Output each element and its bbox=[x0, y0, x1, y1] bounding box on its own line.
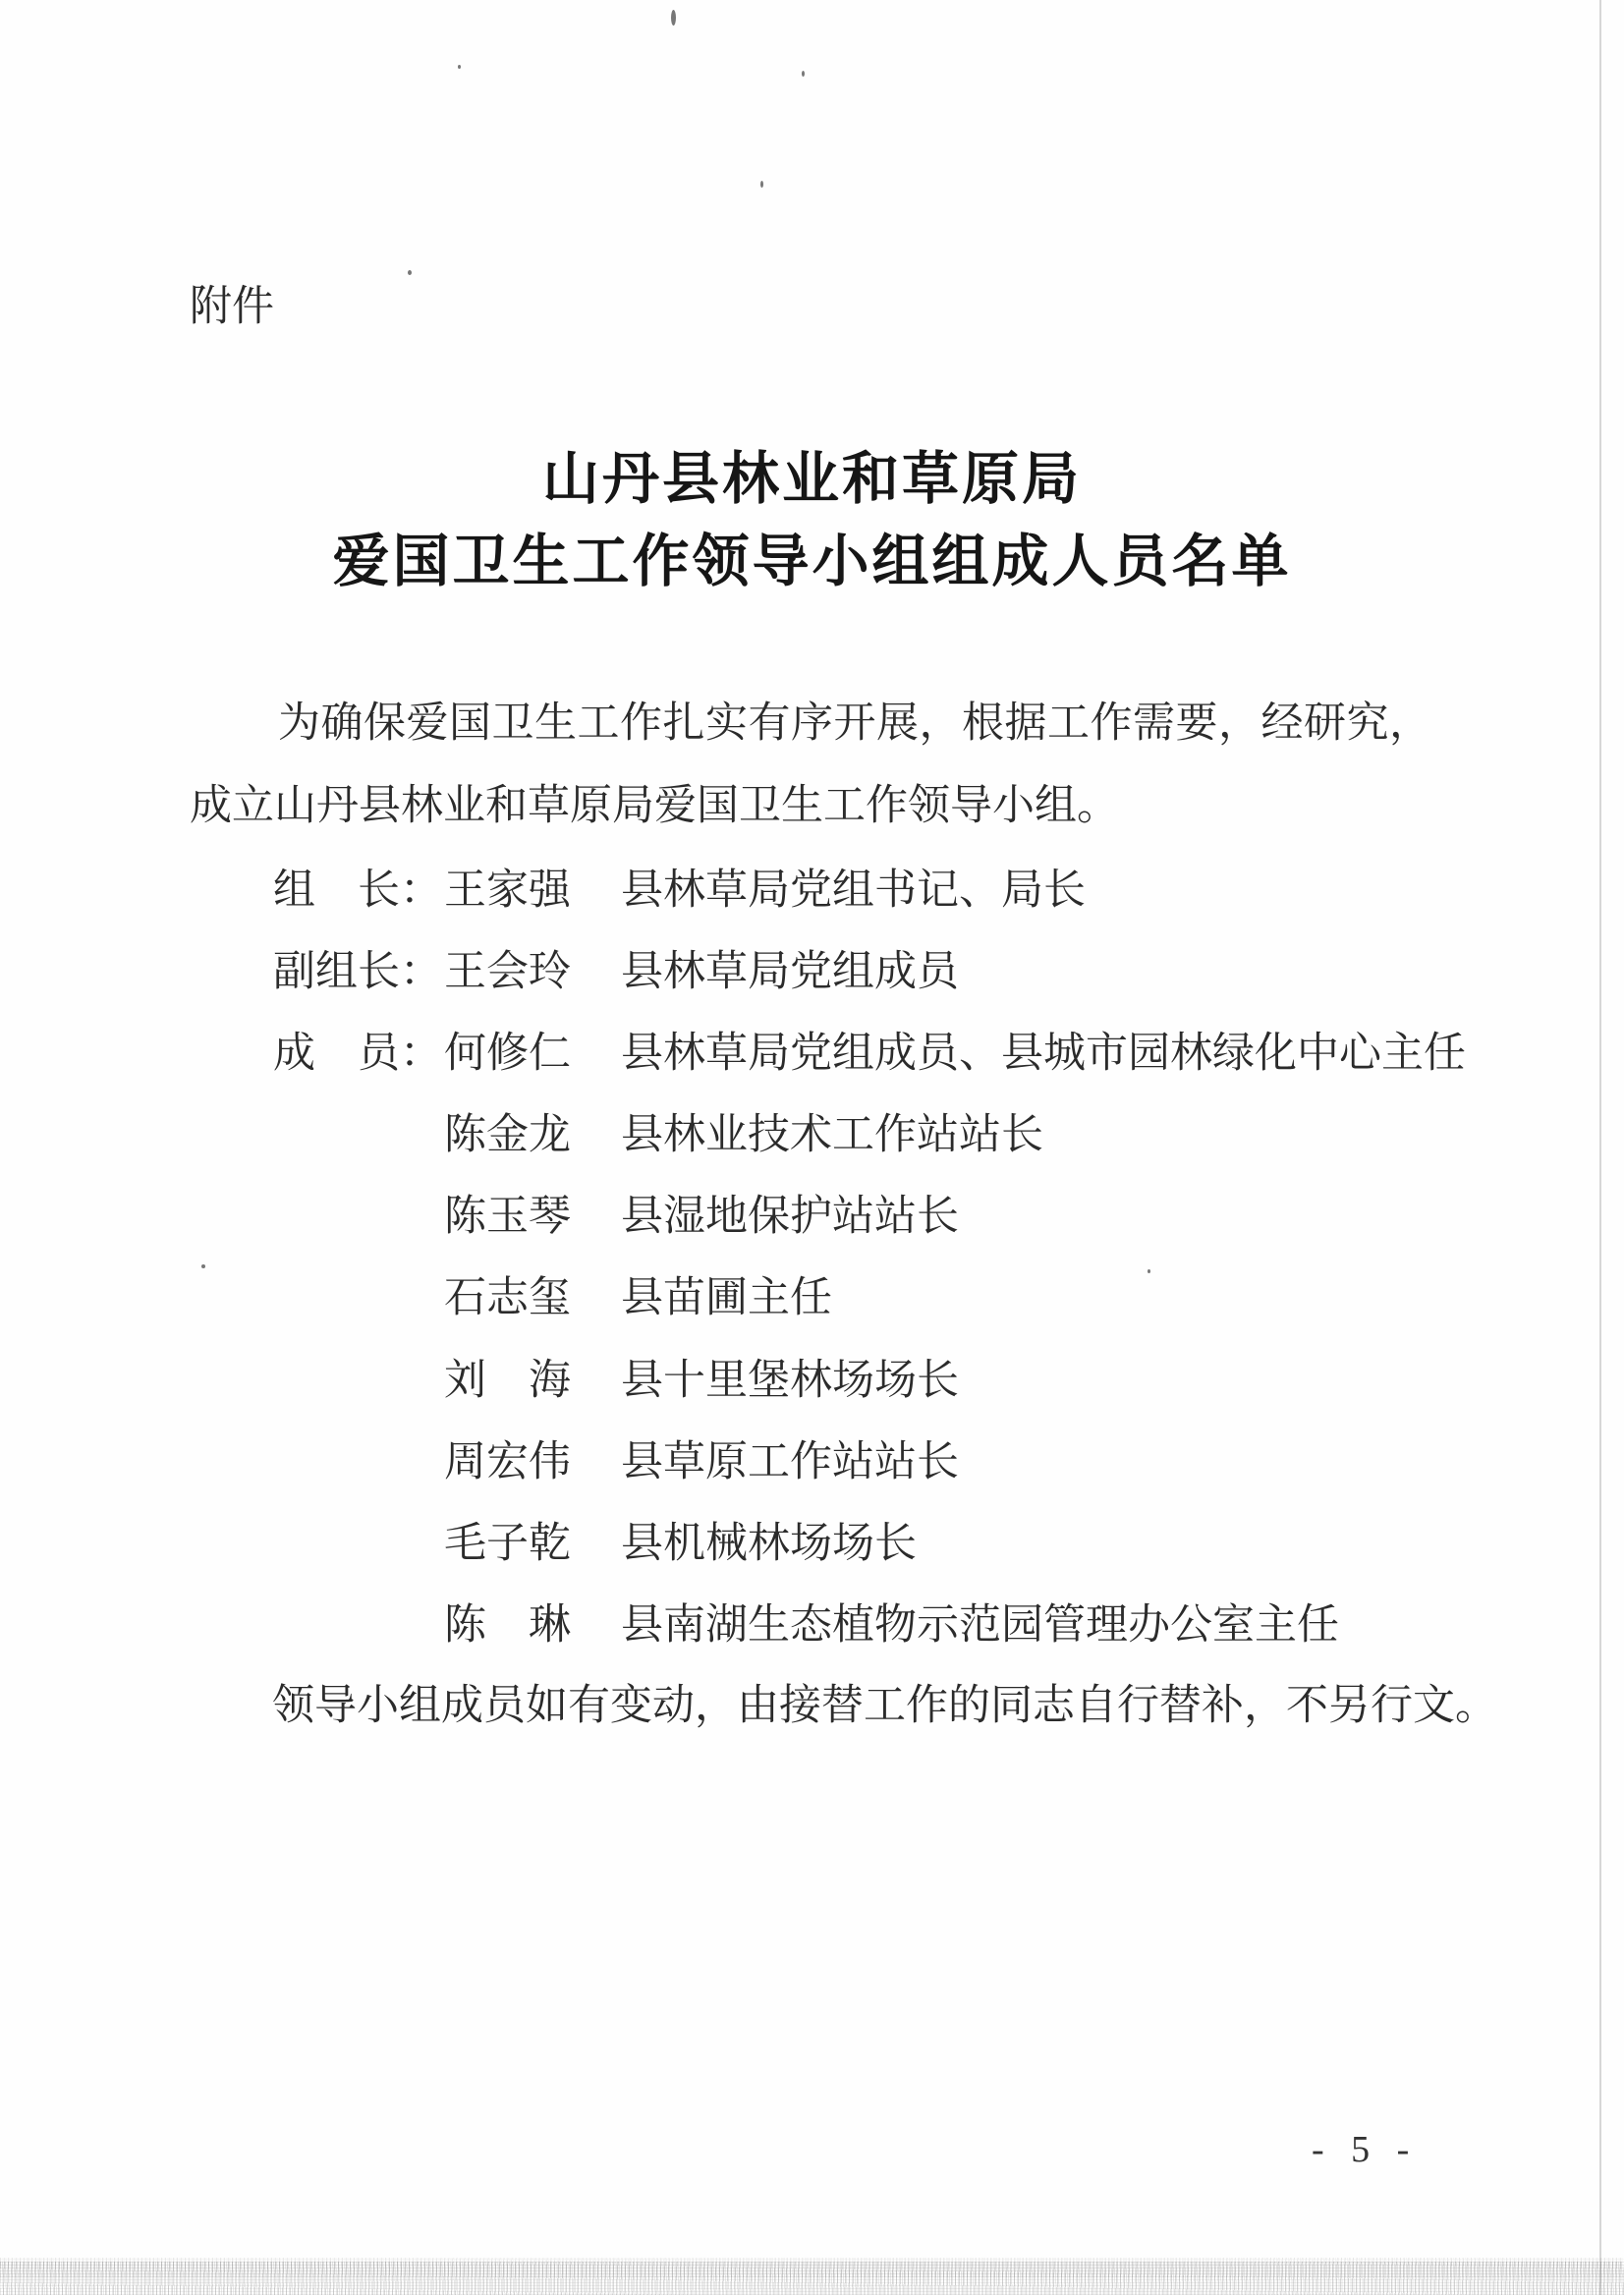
roster-row-member: 陈金龙 县林业技术工作站站长 bbox=[273, 1101, 1043, 1161]
roster-role-label bbox=[273, 1264, 444, 1324]
roster-row-member: 成 员： 何修仁 县林草局党组成员、县城市园林绿化中心主任 bbox=[273, 1020, 1466, 1080]
roster-role-label: 组 长： bbox=[273, 857, 444, 917]
roster-role-label bbox=[273, 1510, 444, 1570]
roster-member-title: 县十里堡林场场长 bbox=[621, 1347, 959, 1407]
roster-member-title: 县机械林场场长 bbox=[621, 1510, 917, 1570]
scanned-document-page: 附件 山丹县林业和草原局 爱国卫生工作领导小组组成人员名单 为确保爱国卫生工作扎… bbox=[0, 0, 1624, 2295]
scan-speck bbox=[671, 10, 676, 26]
intro-paragraph-line2: 成立山丹县林业和草原局爱国卫生工作领导小组。 bbox=[190, 772, 1119, 832]
roster-member-title: 县林草局党组成员、县城市园林绿化中心主任 bbox=[621, 1020, 1466, 1080]
closing-paragraph: 领导小组成员如有变动，由接替工作的同志自行替补，不另行文。 bbox=[272, 1672, 1497, 1732]
scan-edge-line bbox=[1599, 0, 1601, 2295]
roster-member-name: 周宏伟 bbox=[444, 1428, 621, 1488]
roster-row-deputy-leader: 副组长： 王会玲 县林草局党组成员 bbox=[273, 938, 959, 998]
roster-member-name: 刘 海 bbox=[444, 1347, 621, 1407]
roster-member-title: 县苗圃主任 bbox=[621, 1264, 832, 1324]
roster-member-title: 县草原工作站站长 bbox=[621, 1428, 959, 1488]
roster-member-name: 毛子乾 bbox=[444, 1510, 621, 1570]
intro-paragraph-line1: 为确保爱国卫生工作扎实有序开展，根据工作需要，经研究， bbox=[278, 690, 1432, 750]
roster-row-member: 陈 琳 县南湖生态植物示范园管理办公室主任 bbox=[273, 1592, 1339, 1651]
roster-role-label: 成 员： bbox=[273, 1020, 444, 1080]
scan-speck bbox=[458, 65, 461, 69]
roster-member-name: 何修仁 bbox=[444, 1020, 621, 1080]
roster-row-member: 陈玉琴 县湿地保护站站长 bbox=[273, 1183, 959, 1243]
roster-role-label bbox=[273, 1101, 444, 1161]
roster-member-name: 王会玲 bbox=[444, 938, 621, 998]
roster-member-title: 县林草局党组成员 bbox=[621, 938, 959, 998]
roster-member-name: 石志玺 bbox=[444, 1264, 621, 1324]
roster-role-label bbox=[273, 1592, 444, 1651]
roster-member-name: 陈 琳 bbox=[444, 1592, 621, 1651]
roster-row-member: 周宏伟 县草原工作站站长 bbox=[273, 1428, 959, 1488]
roster-member-title: 县南湖生态植物示范园管理办公室主任 bbox=[621, 1592, 1339, 1651]
roster-row-member: 毛子乾 县机械林场场长 bbox=[273, 1510, 917, 1570]
attachment-label: 附件 bbox=[190, 273, 274, 333]
roster-member-name: 陈金龙 bbox=[444, 1101, 621, 1161]
roster-role-label bbox=[273, 1347, 444, 1407]
roster-row-member: 石志玺 县苗圃主任 bbox=[273, 1264, 832, 1324]
document-title-line1: 山丹县林业和草原局 bbox=[0, 432, 1624, 515]
roster-member-title: 县湿地保护站站长 bbox=[621, 1183, 959, 1243]
roster-row-member: 刘 海 县十里堡林场场长 bbox=[273, 1347, 959, 1407]
scan-speck bbox=[1148, 1269, 1150, 1273]
roster-role-label bbox=[273, 1428, 444, 1488]
scan-speck bbox=[802, 71, 805, 77]
roster-member-name: 陈玉琴 bbox=[444, 1183, 621, 1243]
roster-member-name: 王家强 bbox=[444, 857, 621, 917]
scan-speck bbox=[201, 1264, 205, 1268]
roster-role-label bbox=[273, 1183, 444, 1243]
roster-role-label: 副组长： bbox=[273, 938, 444, 998]
document-title-line2: 爱国卫生工作领导小组组成人员名单 bbox=[0, 515, 1624, 597]
roster-member-title: 县林业技术工作站站长 bbox=[621, 1101, 1043, 1161]
scan-speck bbox=[760, 181, 763, 188]
roster-member-title: 县林草局党组书记、局长 bbox=[621, 857, 1086, 917]
scan-noise-band bbox=[0, 2262, 1624, 2295]
page-number: - 5 - bbox=[1312, 2128, 1418, 2171]
scan-speck bbox=[408, 270, 412, 275]
roster-row-leader: 组 长： 王家强 县林草局党组书记、局长 bbox=[273, 857, 1086, 917]
